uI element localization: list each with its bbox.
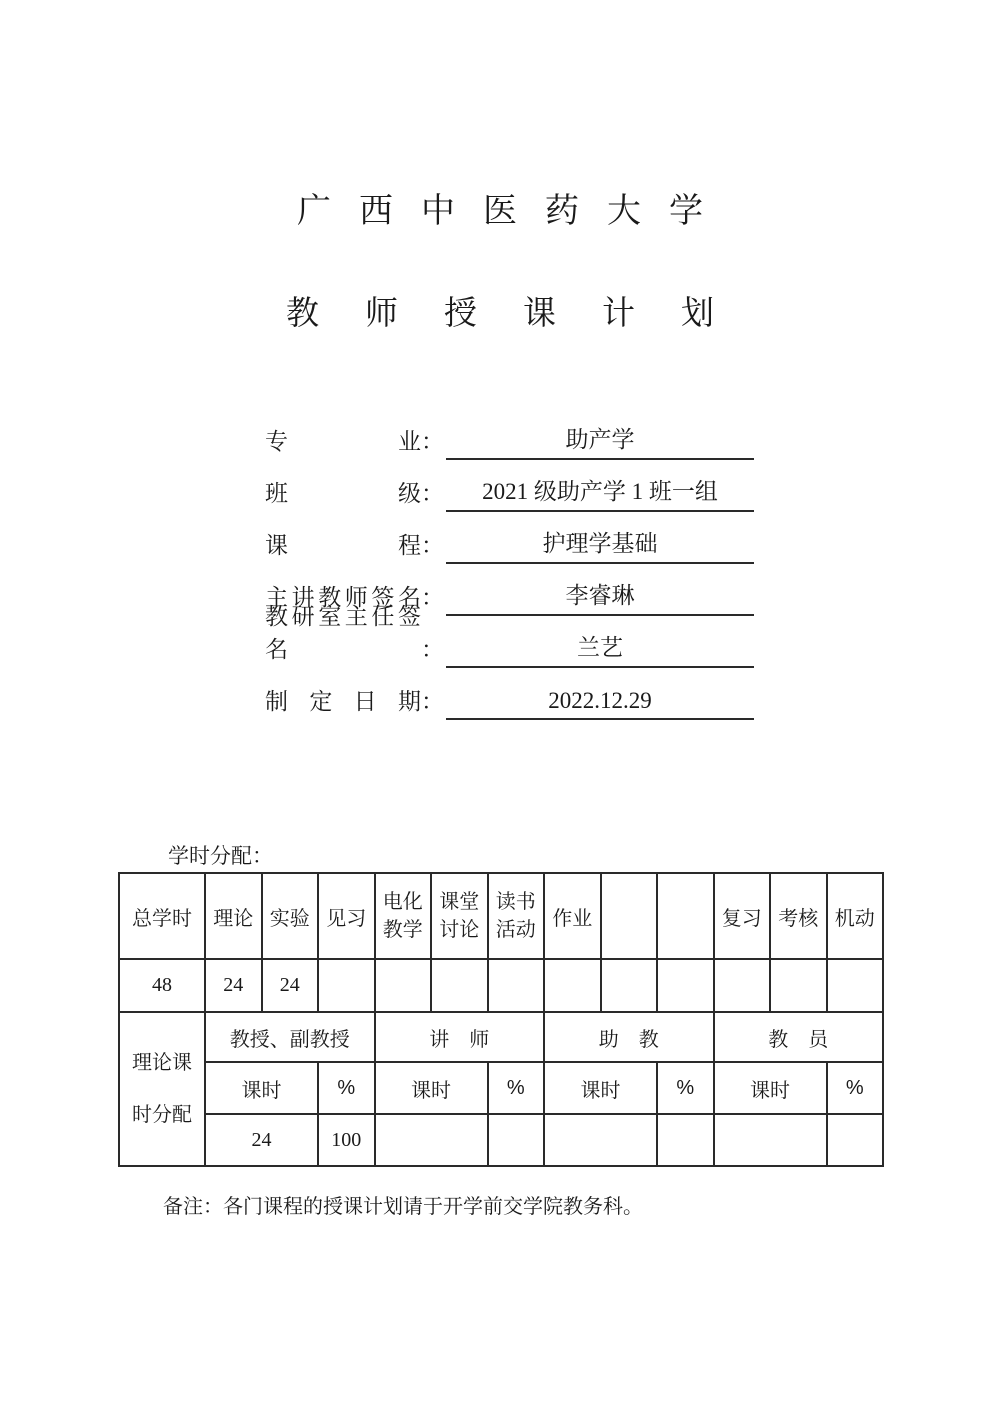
date-colon: ： — [421, 683, 444, 720]
class-discussion-hours-value — [431, 959, 488, 1012]
th-total-hours: 总学时 — [119, 873, 205, 959]
assessment-hours-value — [770, 959, 827, 1012]
table-values-row: 48 24 24 — [119, 959, 883, 1012]
professor-pct-value: 100 — [318, 1114, 375, 1166]
director-signature-value: 兰艺 — [446, 629, 754, 668]
reading-activity-hours-value — [488, 959, 545, 1012]
university-title: 广西中医药大学 — [0, 183, 1000, 232]
lecturer-signature-colon: ： — [421, 579, 444, 616]
director-signature-colon: ： — [421, 631, 444, 668]
hours-allocation-label: 学时分配： — [168, 840, 273, 870]
course-value: 护理学基础 — [446, 525, 754, 564]
major-value: 助产学 — [446, 421, 754, 460]
major-colon: ： — [421, 423, 444, 460]
course-label: 课程 — [265, 527, 421, 564]
electronic-teaching-hours-value — [375, 959, 432, 1012]
instructor-hours-value — [714, 1114, 827, 1166]
lecturer-pct-label: % — [488, 1062, 545, 1114]
instructor-hours-label: 课时 — [714, 1062, 827, 1114]
flexible-hours-value — [827, 959, 884, 1012]
rank-subheader-row: 课时 % 课时 % 课时 % 课时 % — [119, 1062, 883, 1114]
form-row-course: 课程 ： 护理学基础 — [265, 512, 754, 564]
professor-hours-value: 24 — [205, 1114, 318, 1166]
experiment-hours-value: 24 — [262, 959, 319, 1012]
th-theory: 理论 — [205, 873, 262, 959]
instructor-group-title: 教 员 — [714, 1012, 884, 1062]
form-row-major: 专业 ： 助产学 — [265, 408, 754, 460]
theory-hours-value: 24 — [205, 959, 262, 1012]
document-page: 广西中医药大学 教师授课计划 专业 ： 助产学 班级 ： 2021 级助产学 1… — [0, 0, 1000, 1414]
review-hours-value — [714, 959, 771, 1012]
hours-allocation-table: 总学时 理论 实验 见习 电化 教学 课堂 讨论 读书 活动 作业 复习 考核 … — [118, 872, 884, 1167]
professor-hours-label: 课时 — [205, 1062, 318, 1114]
header-form: 专业 ： 助产学 班级 ： 2021 级助产学 1 班一组 课程 ： 护理学基础… — [265, 408, 754, 720]
total-hours-value: 48 — [119, 959, 205, 1012]
theory-allocation-header: 理论课 时分配 — [119, 1012, 205, 1166]
th-empty-1 — [601, 873, 658, 959]
th-internship: 见习 — [318, 873, 375, 959]
class-label: 班级 — [265, 475, 421, 512]
internship-hours-value — [318, 959, 375, 1012]
assistant-group-title: 助 教 — [544, 1012, 714, 1062]
document-subtitle: 教师授课计划 — [0, 287, 1000, 334]
table-header-row: 总学时 理论 实验 见习 电化 教学 课堂 讨论 读书 活动 作业 复习 考核 … — [119, 873, 883, 959]
lecturer-signature-value: 李睿琳 — [446, 577, 754, 616]
course-colon: ： — [421, 527, 444, 564]
director-signature-label: 教研室主任签名 — [265, 598, 421, 668]
homework-hours-value — [544, 959, 601, 1012]
assistant-hours-value — [544, 1114, 657, 1166]
professor-group-title: 教授、副教授 — [205, 1012, 375, 1062]
rank-title-row: 理论课 时分配 教授、副教授 讲 师 助 教 教 员 — [119, 1012, 883, 1062]
form-row-class: 班级 ： 2021 级助产学 1 班一组 — [265, 460, 754, 512]
th-review: 复习 — [714, 873, 771, 959]
lecturer-group-title: 讲 师 — [375, 1012, 545, 1062]
empty-2-hours-value — [657, 959, 714, 1012]
th-assessment: 考核 — [770, 873, 827, 959]
empty-1-hours-value — [601, 959, 658, 1012]
assistant-pct-label: % — [657, 1062, 714, 1114]
assistant-hours-label: 课时 — [544, 1062, 657, 1114]
instructor-pct-label: % — [827, 1062, 884, 1114]
lecturer-hours-label: 课时 — [375, 1062, 488, 1114]
class-colon: ： — [421, 475, 444, 512]
th-homework: 作业 — [544, 873, 601, 959]
th-class-discussion: 课堂 讨论 — [431, 873, 488, 959]
th-flexible: 机动 — [827, 873, 884, 959]
professor-pct-label: % — [318, 1062, 375, 1114]
footer-note: 备注：各门课程的授课计划请于开学前交学院教务科。 — [163, 1190, 643, 1219]
date-value: 2022.12.29 — [446, 688, 754, 720]
form-row-director-signature: 教研室主任签名 ： 兰艺 — [265, 616, 754, 668]
instructor-pct-value — [827, 1114, 884, 1166]
rank-values-row: 24 100 — [119, 1114, 883, 1166]
major-label: 专业 — [265, 423, 421, 460]
th-electronic-teaching: 电化 教学 — [375, 873, 432, 959]
th-experiment: 实验 — [262, 873, 319, 959]
lecturer-pct-value — [488, 1114, 545, 1166]
class-value: 2021 级助产学 1 班一组 — [446, 473, 754, 512]
th-reading-activity: 读书 活动 — [488, 873, 545, 959]
form-row-date: 制定日期 ： 2022.12.29 — [265, 668, 754, 720]
lecturer-hours-value — [375, 1114, 488, 1166]
th-empty-2 — [657, 873, 714, 959]
assistant-pct-value — [657, 1114, 714, 1166]
date-label: 制定日期 — [265, 683, 421, 720]
